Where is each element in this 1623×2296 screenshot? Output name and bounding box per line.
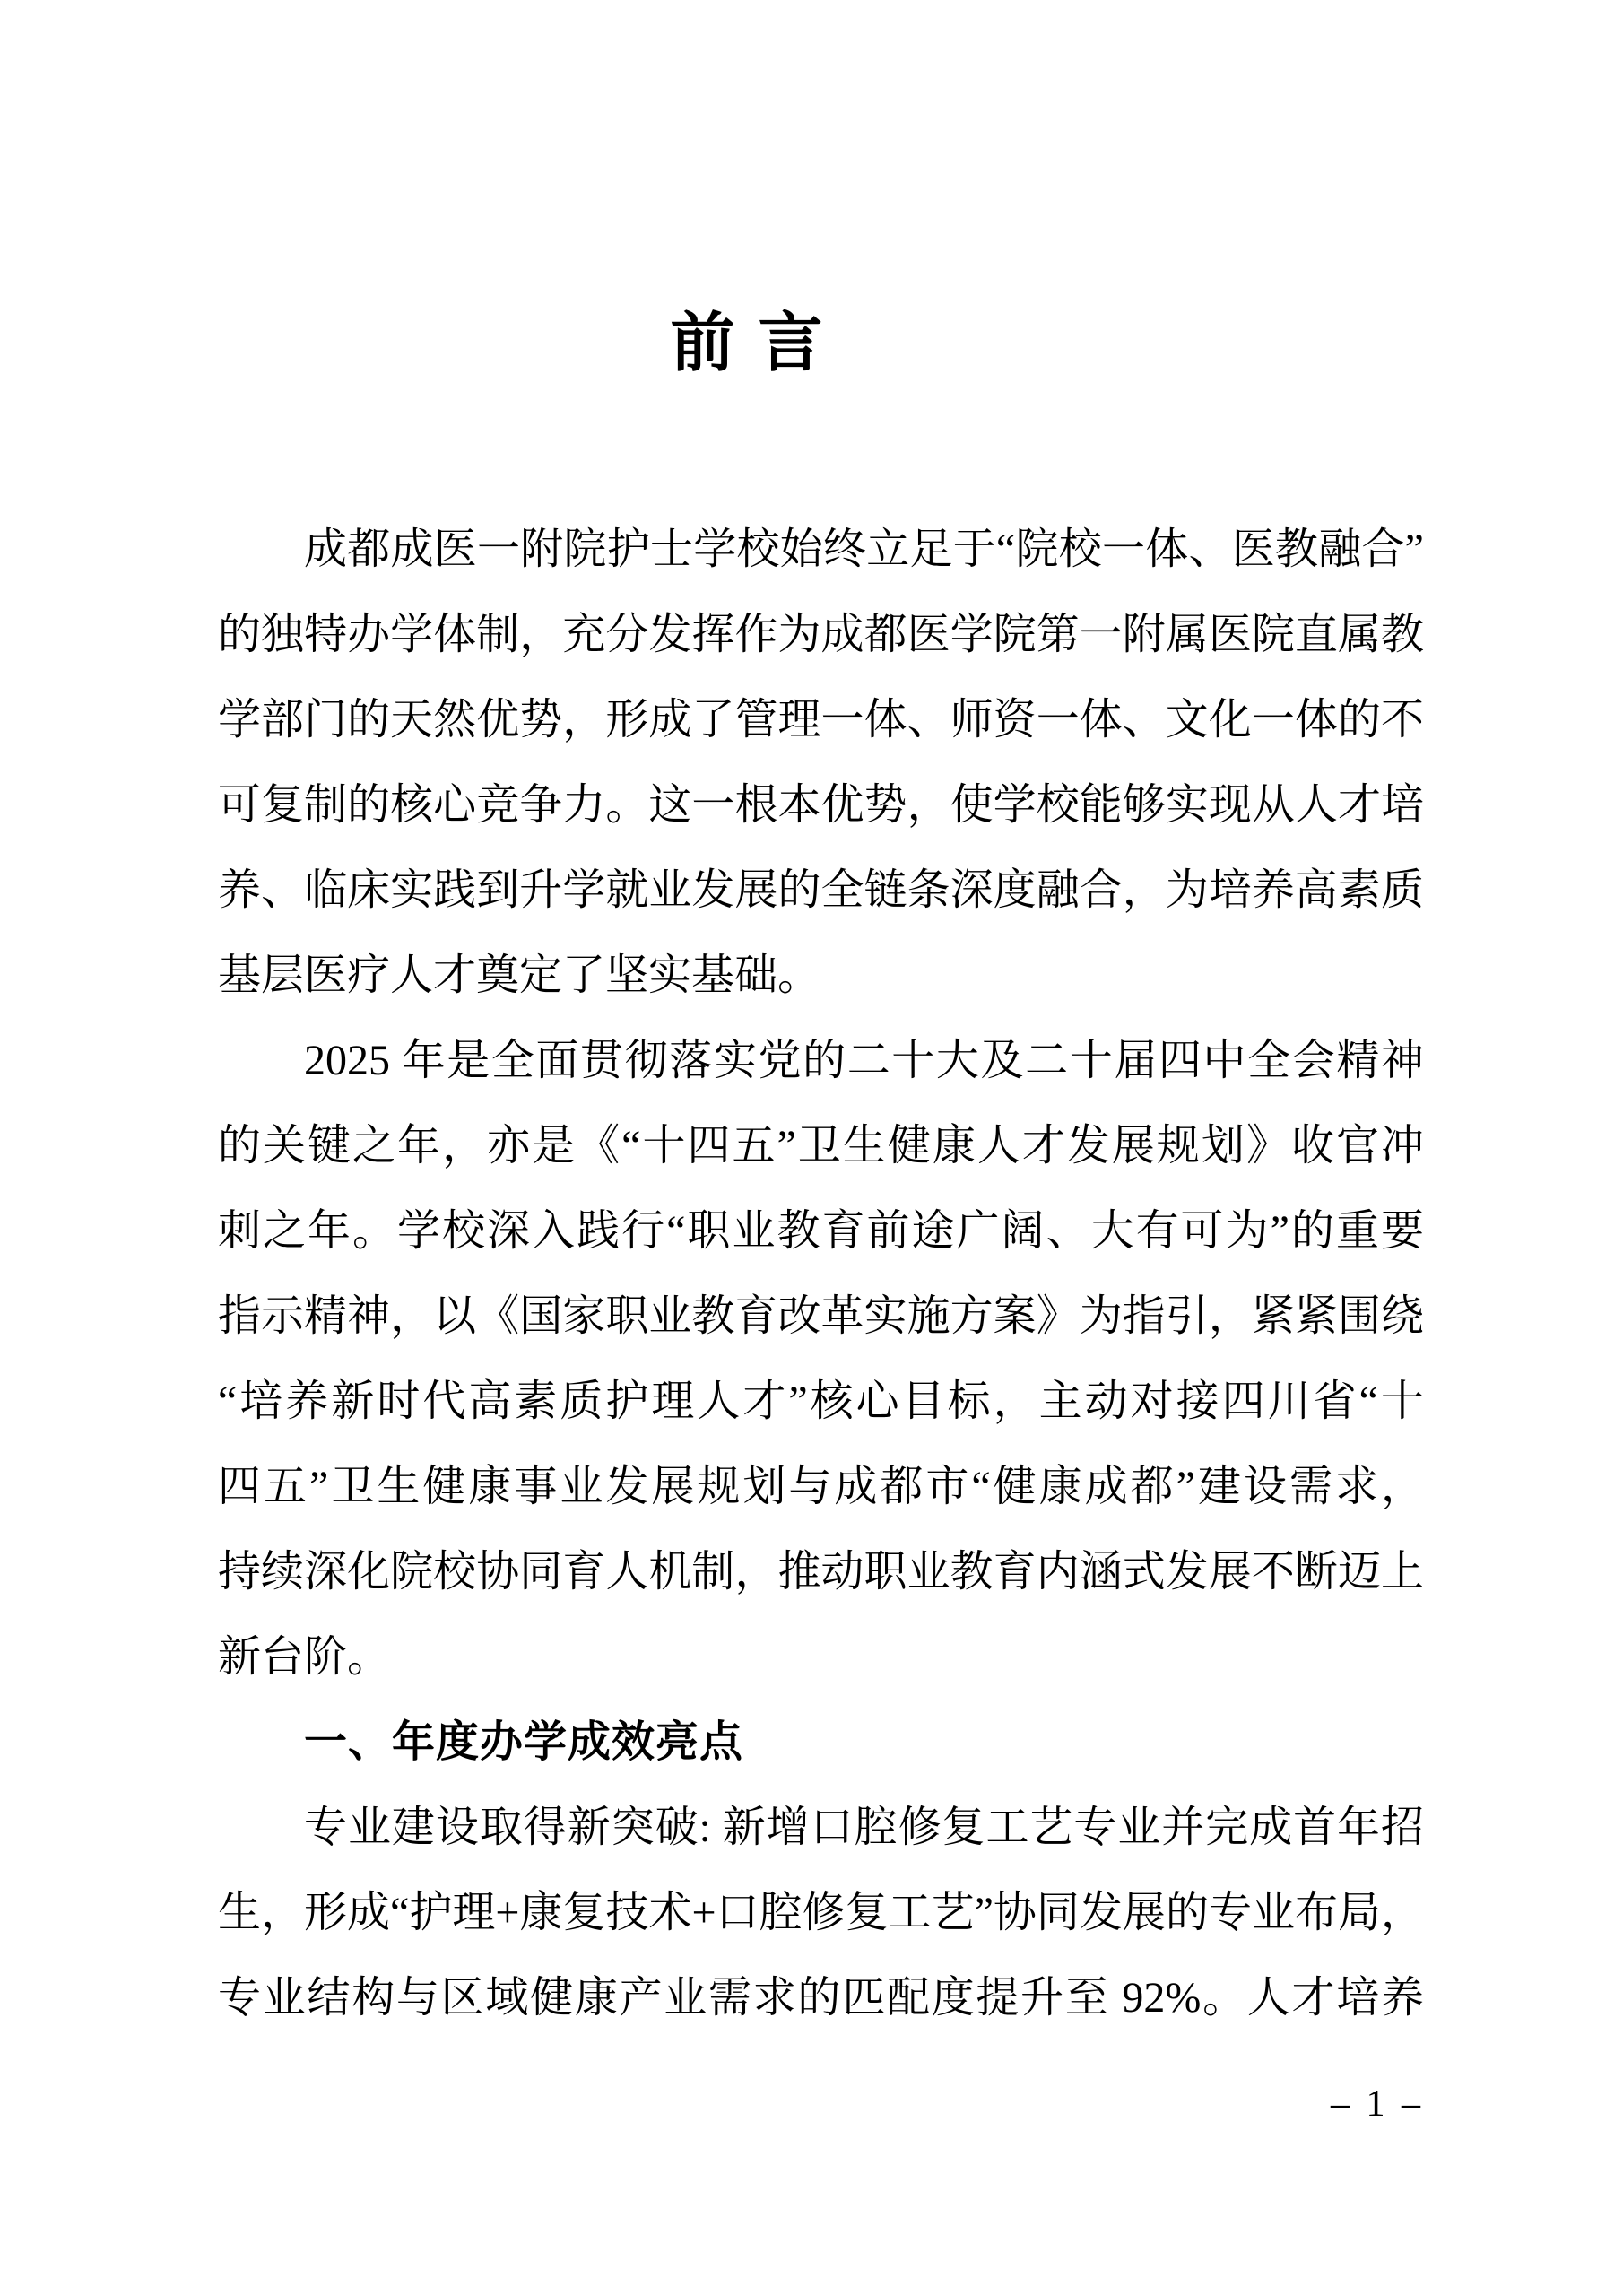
text-line: 专业结构与区域健康产业需求的匹配度提升至 92%。人才培养质 xyxy=(218,1955,1424,2040)
page-number: – 1 – xyxy=(1331,2083,1424,2126)
text-line: 的独特办学体制，充分发挥作为成都医学院第一附属医院直属教 xyxy=(218,592,1424,677)
text-line: 可复制的核心竞争力。这一根本优势，使学校能够实现从人才培 xyxy=(218,762,1424,848)
section-heading: 一、年度办学成效亮点 xyxy=(218,1700,1424,1785)
document-page: 前言 成都成医一附院护士学校始终立足于“院校一体、医教融合” 的独特办学体制，充… xyxy=(0,0,1623,2296)
text-line: 2025 年是全面贯彻落实党的二十大及二十届四中全会精神 xyxy=(218,1018,1424,1103)
text-line: “培养新时代高素质护理人才”核心目标，主动对接四川省“十 xyxy=(218,1359,1424,1444)
text-line: 成都成医一附院护士学校始终立足于“院校一体、医教融合” xyxy=(218,507,1424,592)
text-line: 四五”卫生健康事业发展规划与成都市“健康成都”建设需求， xyxy=(218,1444,1424,1529)
page-title: 前言 xyxy=(155,299,1361,388)
text-line: 新台阶。 xyxy=(218,1614,1424,1700)
text-line: 刺之年。学校深入践行“职业教育前途广阔、大有可为”的重要 xyxy=(218,1188,1424,1274)
text-line: 专业建设取得新突破: 新增口腔修复工艺专业并完成首年招 xyxy=(218,1785,1424,1870)
text-line: 生，形成“护理+康复技术+口腔修复工艺”协同发展的专业布局， xyxy=(218,1870,1424,1955)
text-line: 基层医疗人才奠定了坚实基础。 xyxy=(218,933,1424,1018)
text-line: 持续深化院校协同育人机制，推动职业教育内涵式发展不断迈上 xyxy=(218,1529,1424,1614)
text-line: 养、临床实践到升学就业发展的全链条深度融合，为培养高素质 xyxy=(218,848,1424,933)
document-body: 成都成医一附院护士学校始终立足于“院校一体、医教融合” 的独特办学体制，充分发挥… xyxy=(218,507,1424,2040)
text-line: 学部门的天然优势，形成了管理一体、师资一体、文化一体的不 xyxy=(218,677,1424,762)
text-line: 的关键之年，亦是《“十四五”卫生健康人才发展规划》收官冲 xyxy=(218,1103,1424,1188)
text-line: 指示精神，以《国家职业教育改革实施方案》为指引，紧紧围绕 xyxy=(218,1274,1424,1359)
